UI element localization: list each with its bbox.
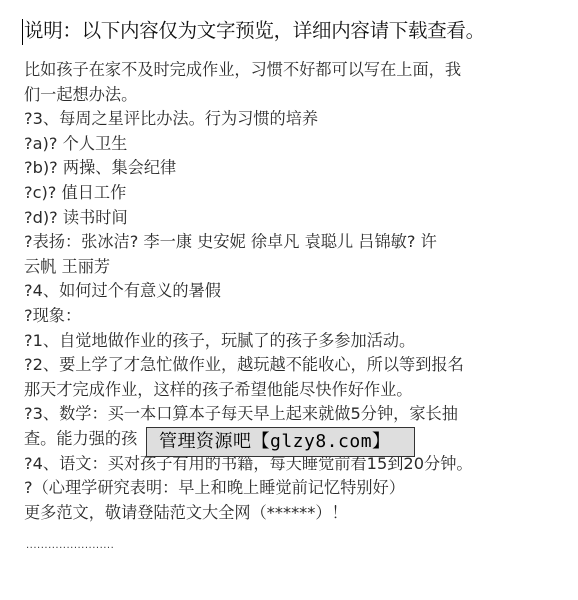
document-line: 云帆 王丽芳 — [24, 255, 554, 280]
document-line: ?d)? 读书时间 — [24, 206, 554, 231]
document-line: 比如孩子在家不及时完成作业，习惯不好都可以写在上面，我 — [24, 58, 554, 83]
document-page: 说明：以下内容仅为文字预览，详细内容请下载查看。 比如孩子在家不及时完成作业，习… — [0, 0, 578, 600]
document-line: 们一起想办法。 — [24, 83, 554, 108]
document-line: ?表扬：张冰洁? 李一康 史安妮 徐卓凡 袁聪儿 吕锦敏? 许 — [24, 230, 554, 255]
document-line: ?b)? 两操、集会纪律 — [24, 156, 554, 181]
document-line: ?2、要上学了才急忙做作业，越玩越不能收心，所以等到报名 — [24, 353, 554, 378]
document-line: ?（心理学研究表明：早上和晚上睡觉前记忆特别好） — [24, 476, 554, 501]
text-cursor — [22, 19, 23, 45]
document-line: 更多范文，敬请登陆范文大全网（******）！ — [24, 501, 554, 526]
document-line: ?a)? 个人卫生 — [24, 132, 554, 157]
preview-notice: 说明：以下内容仅为文字预览，详细内容请下载查看。 — [24, 16, 485, 46]
document-line: ?1、自觉地做作业的孩子，玩腻了的孩子多参加活动。 — [24, 329, 554, 354]
watermark-banner: 管理资源吧【glzy8.com】 — [146, 427, 415, 457]
document-line: ?3、每周之星评比办法。行为习惯的培养 — [24, 107, 554, 132]
document-line: ?3、数学：买一本口算本子每天早上起来就做5分钟，家长抽 — [24, 402, 554, 427]
document-line: ?c)? 值日工作 — [24, 181, 554, 206]
document-line: 那天才完成作业，这样的孩子希望他能尽快作好作业。 — [24, 378, 554, 403]
document-line: ?4、如何过个有意义的暑假 — [24, 279, 554, 304]
dotted-separator: ........................ — [26, 541, 114, 551]
document-line: ?现象： — [24, 304, 554, 329]
